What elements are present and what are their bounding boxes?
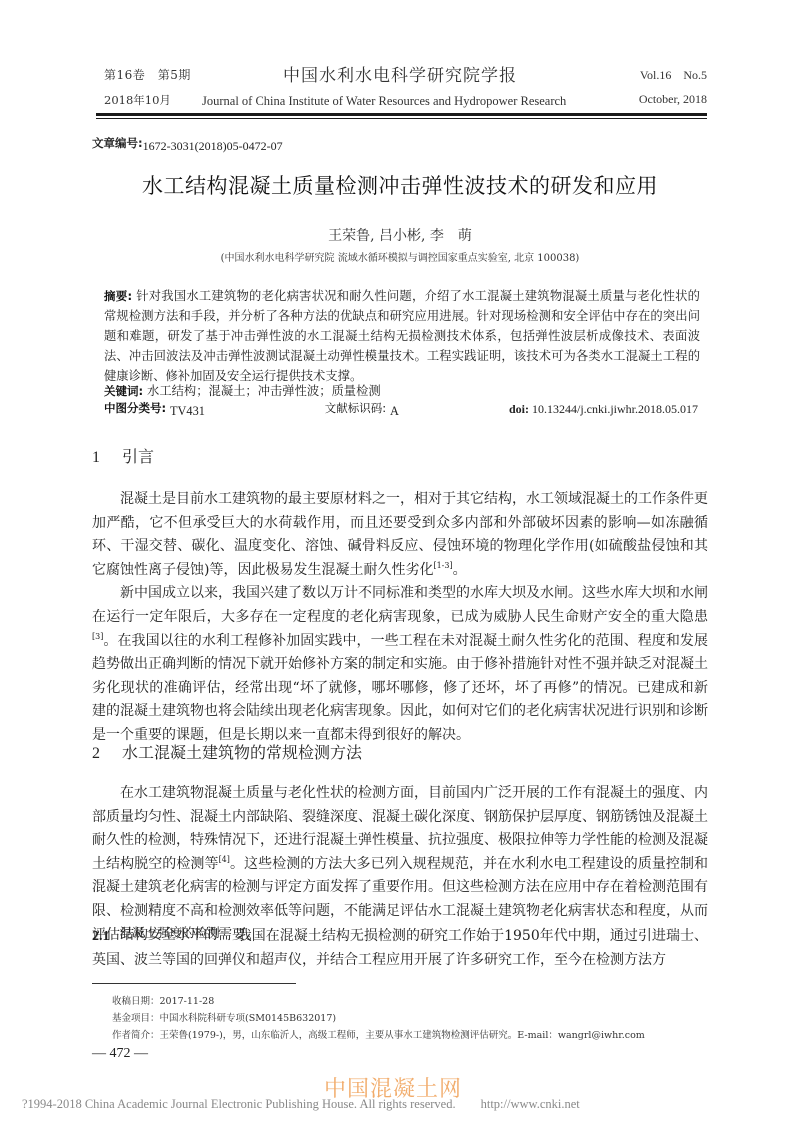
affiliation: (中国水利水电科学研究院 流域水循环模拟与调控国家重点实验室, 北京 10003… — [0, 249, 800, 264]
paragraph-text: 新中国成立以来，我国兴建了数以万计不同标准和类型的水库大坝及水闸。这些水库大坝和… — [92, 585, 708, 625]
abstract-label: 摘要: — [104, 289, 132, 303]
subsection-title: 混凝土强度的检测 — [120, 925, 220, 940]
doc-code-label: 文献标识码: — [325, 401, 386, 415]
keywords-label: 关键词: — [104, 384, 143, 398]
citation-ref: [1-3] — [433, 561, 452, 570]
citation-ref: [3] — [92, 632, 103, 641]
date-cn: 2018年10月 — [104, 92, 171, 108]
doi-value: 10.13244/j.cnki.jiwhr.2018.05.017 — [532, 402, 698, 416]
doc-code-value: A — [390, 404, 399, 418]
section-1-body: 混凝土是目前水工建筑物的最主要原材料之一，相对于其它结构，水工领域混凝土的工作条… — [92, 488, 708, 748]
article-number-value: 1672-3031(2018)05-0472-07 — [143, 139, 283, 153]
date-en: October, 2018 — [639, 92, 707, 107]
paper-title: 水工结构混凝土质量检测冲击弹性波技术的研发和应用 — [0, 170, 800, 200]
journal-title-en: Journal of China Institute of Water Reso… — [202, 94, 566, 109]
abstract: 摘要: 针对我国水工建筑物的老化病害状况和耐久性问题，介绍了水工混凝土建筑物混凝… — [104, 286, 700, 386]
section-heading-1: 1引言 — [92, 444, 154, 467]
section-heading-2: 2水工混凝土建筑物的常规检测方法 — [92, 740, 362, 763]
citation-ref: [4] — [219, 855, 230, 864]
section-number: 1 — [92, 449, 122, 467]
volume-issue-en: Vol.16 No.5 — [640, 66, 707, 83]
paragraph: 在水工建筑物混凝土质量与老化性状的检测方面，目前国内广泛开展的工作有混凝土的强度… — [92, 782, 708, 947]
doi: doi: 10.13244/j.cnki.jiwhr.2018.05.017 — [509, 402, 698, 417]
article-number: 文章编号:1672-3031(2018)05-0472-07 — [92, 135, 283, 151]
clc-label: 中图分类号: — [104, 401, 166, 415]
paragraph-text: 。 — [453, 562, 467, 578]
clc-value: TV431 — [170, 404, 205, 418]
footnote-received: 收稿日期：2017-11-28 — [112, 993, 214, 1007]
watermark: 中国混凝土网 — [324, 1072, 462, 1103]
doi-label: doi: — [509, 402, 529, 416]
copyright-notice: ?1994-2018 China Academic Journal Electr… — [22, 1094, 580, 1112]
paragraph-text: 混凝土是目前水工建筑物的最主要原材料之一，相对于其它结构，水工领域混凝土的工作条… — [92, 491, 708, 578]
section-title: 水工混凝土建筑物的常规检测方法 — [122, 743, 362, 762]
paragraph: 混凝土是目前水工建筑物的最主要原材料之一，相对于其它结构，水工领域混凝土的工作条… — [92, 488, 708, 582]
paragraph: 新中国成立以来，我国兴建了数以万计不同标准和类型的水库大坝及水闸。这些水库大坝和… — [92, 582, 708, 747]
subsection-number: 2.1 — [92, 929, 110, 944]
paragraph-text: 。在我国以往的水利工程修补加固实践中，一些工程在未对混凝土耐久性劣化的范围、程度… — [92, 633, 708, 743]
abstract-text: 针对我国水工建筑物的老化病害状况和耐久性问题，介绍了水工混凝土建筑物混凝土质量与… — [104, 289, 700, 383]
footnote-fund: 基金项目：中国水科院科研专项(SM0145B632017) — [112, 1010, 336, 1024]
section-number: 2 — [92, 745, 122, 763]
journal-page: 第16卷 第5期 中国水利水电科学研究院学报 Vol.16 No.5 2018年… — [0, 0, 800, 1131]
page-number: — 472 — — [92, 1046, 148, 1062]
article-number-label: 文章编号: — [92, 136, 143, 150]
header-rule-thin — [96, 118, 707, 119]
section-title: 引言 — [122, 447, 154, 466]
keywords: 关键词: 水工结构；混凝土；冲击弹性波；质量检测 — [104, 381, 381, 399]
subsection-2-1: 2.1混凝土强度的检测我国在混凝土结构无损检测的研究工作始于1950年代中期，通… — [92, 924, 708, 972]
header-rule-thick — [96, 113, 707, 116]
authors: 王荣鲁, 吕小彬, 李 萌 — [0, 225, 800, 245]
footnote-rule — [92, 983, 296, 984]
footnote-author-bio: 作者简介：王荣鲁(1979-)，男，山东临沂人，高级工程师，主要从事水工建筑物检… — [112, 1027, 645, 1041]
section-2-body: 在水工建筑物混凝土质量与老化性状的检测方面，目前国内广泛开展的工作有混凝土的强度… — [92, 782, 708, 947]
keywords-text: 水工结构；混凝土；冲击弹性波；质量检测 — [147, 384, 381, 398]
